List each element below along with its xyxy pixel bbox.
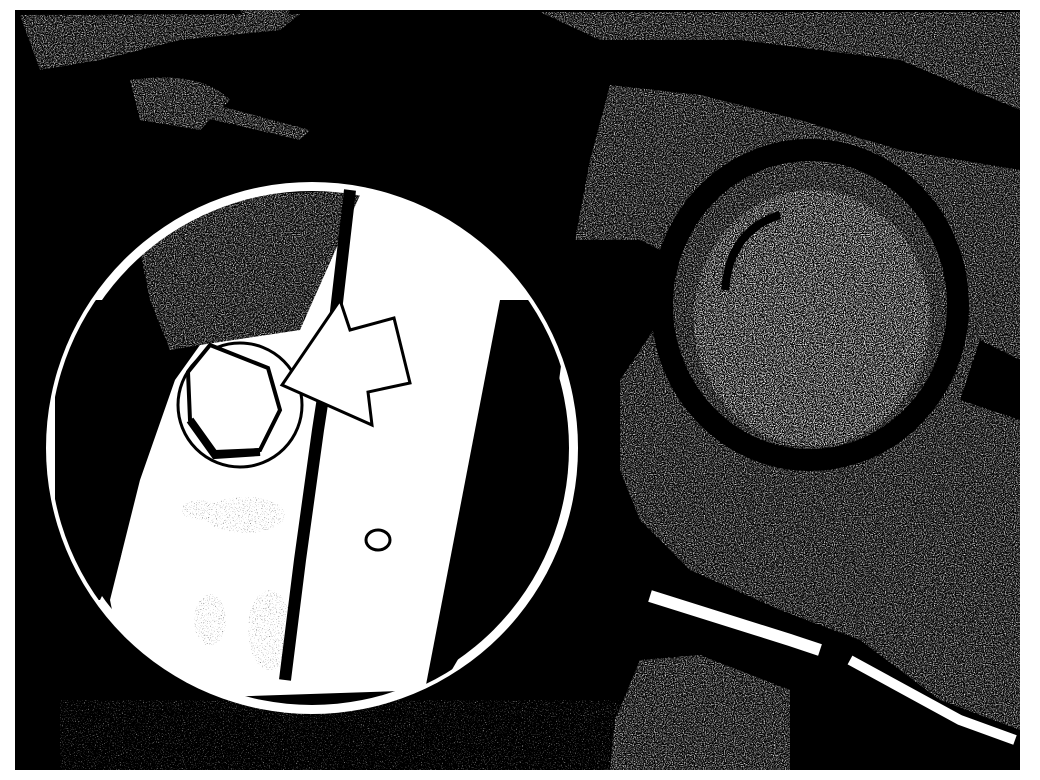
round-cap bbox=[694, 190, 930, 446]
photo bbox=[0, 0, 1040, 780]
magnified-inset bbox=[46, 182, 578, 714]
hex-bolt-icon bbox=[178, 343, 302, 467]
